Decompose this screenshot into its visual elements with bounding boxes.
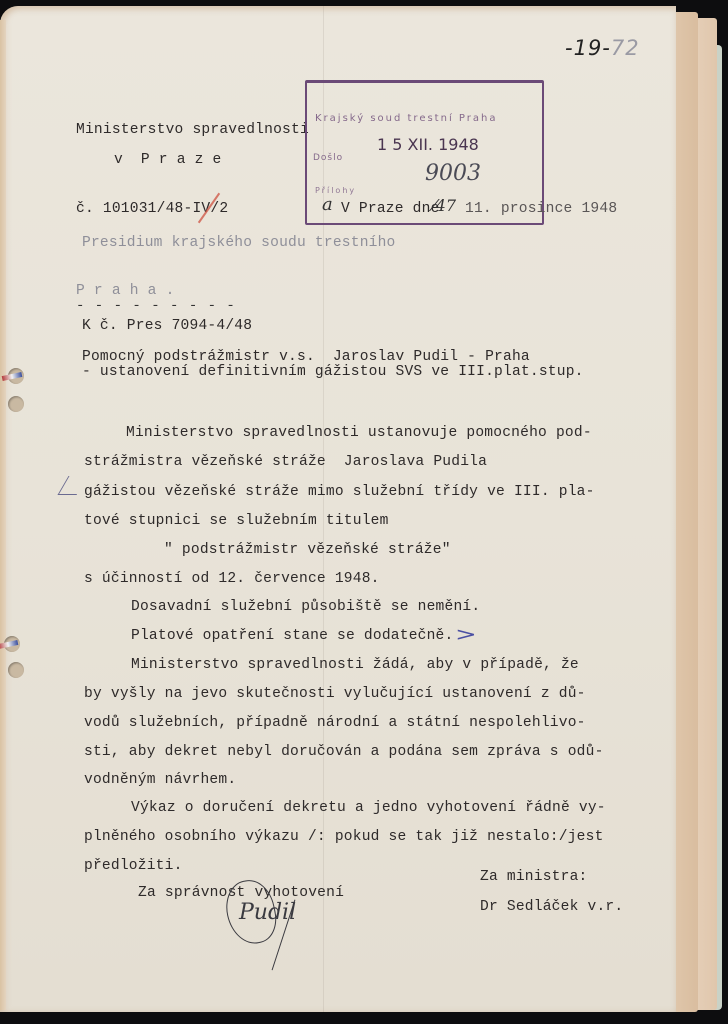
reference-to: K č. Pres 7094-4/48 — [82, 318, 252, 334]
body-line: Výkaz o doručení dekretu a jedno vyhotov… — [131, 800, 606, 816]
punch-hole-with-cord — [4, 636, 20, 652]
addressee-line: Presidium krajského soudu trestního — [82, 235, 396, 251]
punch-hole-with-cord — [8, 368, 24, 384]
struck-old-page-number: 72 — [611, 36, 640, 60]
document-date: 11. prosince 1948 — [465, 201, 617, 217]
body-line: Platové opatření stane se dodatečně. — [131, 628, 453, 644]
page-number: -19-72 — [565, 36, 640, 60]
binding-edge — [0, 20, 6, 1010]
body-line: sti, aby dekret nebyl doručován a podána… — [84, 744, 604, 760]
addressee-underline: - - - - - - - - - — [76, 298, 236, 314]
subject-line-2: - ustanovení definitivním gážistou SVS v… — [82, 364, 584, 380]
place-date-prefix: V Praze dne — [341, 201, 440, 217]
for-minister-label: Za ministra: — [480, 869, 588, 885]
body-line: by vyšly na jevo skutečnosti vylučující … — [84, 686, 586, 702]
blue-pencil-chevron: > — [455, 625, 477, 646]
body-line: tové stupnici se služebním titulem — [84, 513, 389, 529]
punch-hole — [8, 662, 24, 678]
handwritten-signature: Pudil — [225, 880, 295, 970]
handwritten-mark: a — [322, 194, 333, 215]
punch-hole — [8, 396, 24, 412]
body-line: gážistou vězeňské stráže mimo služební t… — [84, 484, 595, 500]
ministry-city: v P r a z e — [114, 152, 222, 168]
body-line: plněného osobního výkazu /: pokud se tak… — [84, 829, 604, 845]
handwritten-fraction: ⁄47 — [433, 196, 456, 215]
body-line: strážmistra vězeňské stráže Jaroslava Pu… — [84, 454, 487, 470]
stamp-received-date: 1 5 XII. 1948 — [377, 135, 479, 154]
body-line-title: " podstrážmistr vězeňské stráže" — [164, 542, 451, 558]
body-line: vodněným návrhem. — [84, 772, 236, 788]
body-line: Ministerstvo spravedlnosti žádá, aby v p… — [131, 657, 579, 673]
signatory-name: Dr Sedláček v.r. — [480, 899, 623, 915]
subject-line-1: Pomocný podstrážmistr v.s. Jaroslav Pudi… — [82, 349, 530, 365]
stamp-registry-number: 9003 — [425, 161, 481, 186]
signature-text: Pudil — [239, 900, 296, 925]
ministry-name: Ministerstvo spravedlnosti — [76, 122, 309, 138]
body-line: vodů služebních, případně národní a stát… — [84, 715, 586, 731]
body-line: Ministerstvo spravedlnosti ustanovuje po… — [126, 425, 592, 441]
body-line: s účinností od 12. července 1948. — [84, 571, 380, 587]
body-line: předložiti. — [84, 858, 183, 874]
body-line: Dosavadní služební působiště se nemění. — [131, 599, 480, 615]
stamp-received-label: Došlo — [313, 153, 343, 163]
stamp-court-name: Krajský soud trestní Praha — [315, 113, 497, 124]
addressee-city: P r a h a . — [76, 283, 175, 299]
